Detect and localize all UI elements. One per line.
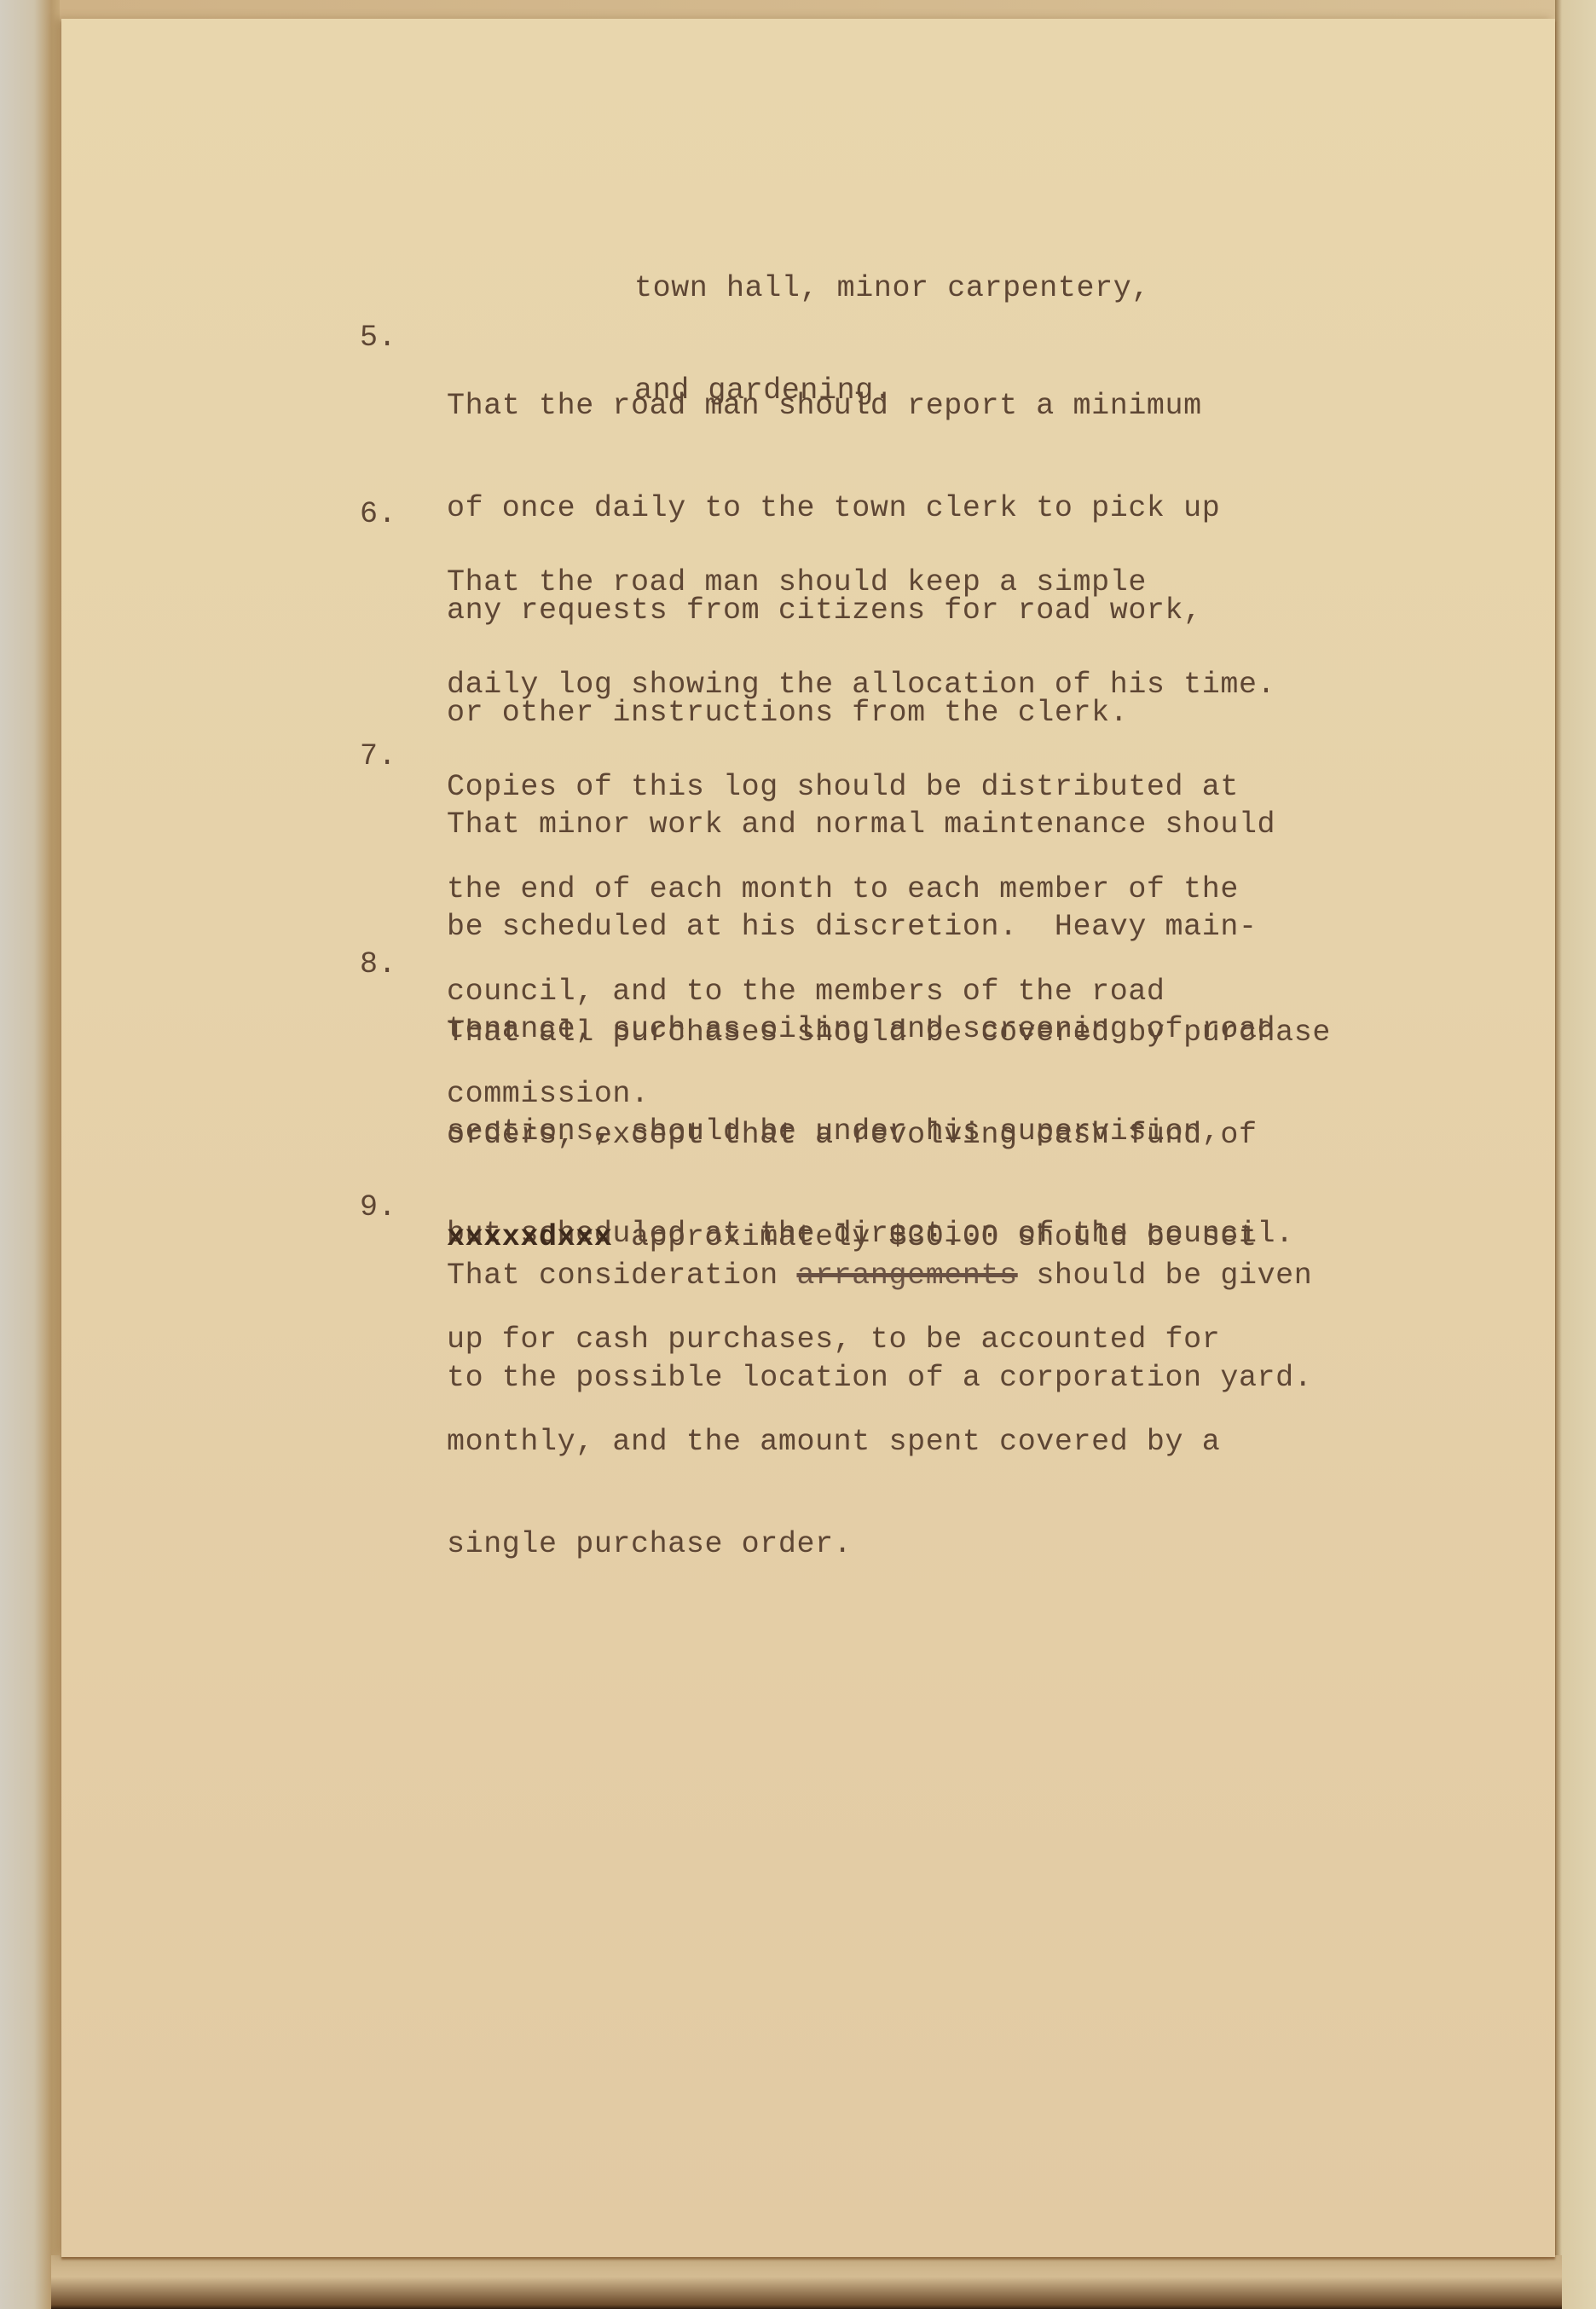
bottom-page-edge: [51, 2255, 1562, 2309]
item-number: 6.: [360, 497, 437, 531]
text-line: single purchase order.: [447, 1527, 1331, 1561]
text-line: to the possible location of a corporatio…: [447, 1361, 1312, 1395]
item-number: 8.: [360, 947, 437, 981]
text-fragment: should be given: [1018, 1259, 1313, 1293]
struck-through-word: arrangements: [796, 1259, 1017, 1293]
text-line: That the road man should report a minimu…: [447, 389, 1220, 423]
text-line: daily log showing the allocation of his …: [447, 668, 1275, 702]
text-line: That consideration arrangements should b…: [447, 1259, 1312, 1293]
text-line: That the road man should keep a simple: [447, 565, 1275, 599]
text-line: That all purchases should be covered by …: [447, 1016, 1331, 1050]
typed-page: town hall, minor carpentery, and gardeni…: [61, 19, 1555, 2257]
text-line: That minor work and normal maintenance s…: [447, 807, 1294, 842]
text-fragment: That consideration: [447, 1259, 796, 1293]
right-backing-edge: [1555, 0, 1596, 2309]
text-line: town hall, minor carpentery,: [634, 271, 1150, 305]
text-line: be scheduled at his discretion. Heavy ma…: [447, 910, 1294, 944]
item-number: 5.: [360, 321, 437, 355]
item-number: 7.: [360, 739, 437, 773]
document-body: town hall, minor carpentery, and gardeni…: [61, 19, 1555, 2257]
left-binding-edge: [0, 0, 60, 2309]
item-number: 9.: [360, 1190, 437, 1224]
text-line: orders, except that a revolving cash fun…: [447, 1118, 1331, 1152]
